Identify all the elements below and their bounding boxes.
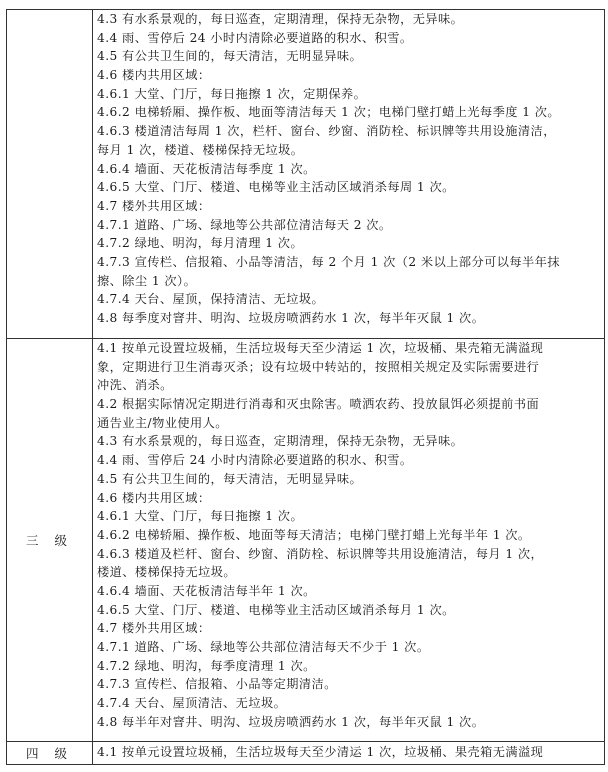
requirement-line: 4.6.4 墙面、天花板清洁每季度 1 次。 <box>97 160 604 179</box>
requirement-line: 4.1 按单元设置垃圾桶，生活垃圾每天至少清运 1 次，垃圾桶、果壳箱无满溢现 <box>97 339 604 358</box>
requirements-cell: 4.3 有水系景观的，每日巡查，定期清理，保持无杂物，无异味。 4.4 雨、雪停… <box>93 10 604 338</box>
requirement-line: 擦、除尘 1 次）。 <box>97 272 604 291</box>
table-row-level-4: 四 级 4.1 按单元设置垃圾桶，生活垃圾每天至少清运 1 次，垃圾桶、果壳箱无… <box>7 742 604 765</box>
requirements-cell: 4.1 按单元设置垃圾桶，生活垃圾每天至少清运 1 次，垃圾桶、果壳箱无满溢现 <box>93 742 604 764</box>
requirement-line: 4.7.1 道路、广场、绿地等公共部位清洁每天 2 次。 <box>97 216 604 235</box>
requirement-line: 4.6.1 大堂、门厅，每日拖擦 1 次，定期保养。 <box>97 85 604 104</box>
requirement-line: 4.7.3 宣传栏、信报箱、小品等清洁，每 2 个月 1 次（2 米以上部分可以… <box>97 253 604 272</box>
requirement-line: 4.7.2 绿地、明沟，每月清理 1 次。 <box>97 234 604 253</box>
requirement-line: 4.3 有水系景观的，每日巡查，定期清理，保持无杂物，无异味。 <box>97 432 604 451</box>
cleaning-standards-table: 4.3 有水系景观的，每日巡查，定期清理，保持无杂物，无异味。 4.4 雨、雪停… <box>6 9 605 765</box>
requirement-line: 4.6.2 电梯轿厢、操作板、地面等每天清洁；电梯门壁打蜡上光每半年 1 次。 <box>97 526 604 545</box>
requirement-line: 4.8 每半年对窨井、明沟、垃圾房喷洒药水 1 次，每半年灭鼠 1 次。 <box>97 713 604 732</box>
requirement-line: 4.6 楼内共用区域： <box>97 489 604 508</box>
requirement-line: 4.7 楼外共用区域： <box>97 619 604 638</box>
requirement-line: 4.6.3 楼道及栏杆、窗台、纱窗、消防栓、标识牌等共用设施清洁，每月 1 次， <box>97 545 604 564</box>
requirement-line: 4.6.2 电梯轿厢、操作板、地面等清洁每天 1 次；电梯门壁打蜡上光每季度 1… <box>97 103 604 122</box>
requirement-line: 4.7 楼外共用区域： <box>97 197 604 216</box>
requirement-line: 4.7.1 道路、广场、绿地等公共部位清洁每天不少于 1 次。 <box>97 638 604 657</box>
requirement-line: 4.2 根据实际情况定期进行消毒和灭虫除害。喷洒农药、投放鼠饵必须提前书面 <box>97 395 604 414</box>
requirement-line: 每月 1 次，楼道、楼梯保持无垃圾。 <box>97 141 604 160</box>
requirement-line: 4.6.1 大堂、门厅，每日拖擦 1 次。 <box>97 507 604 526</box>
table-row-level-3: 三 级 4.1 按单元设置垃圾桶，生活垃圾每天至少清运 1 次，垃圾桶、果壳箱无… <box>7 339 604 742</box>
requirement-line: 4.6.4 墙面、天花板清洁每半年 1 次。 <box>97 582 604 601</box>
requirement-line: 4.7.3 宣传栏、信报箱、小品等定期清洁。 <box>97 675 604 694</box>
requirement-line: 4.6.5 大堂、门厅、楼道、电梯等业主活动区域消杀每月 1 次。 <box>97 601 604 620</box>
level-cell: 四 级 <box>7 742 93 764</box>
requirement-line: 4.5 有公共卫生间的，每天清洁，无明显异味。 <box>97 47 604 66</box>
requirement-line: 4.5 有公共卫生间的，每天清洁，无明显异味。 <box>97 470 604 489</box>
requirement-line: 楼道、楼梯保持无垃圾。 <box>97 563 604 582</box>
requirement-line: 冲洗、消杀。 <box>97 376 604 395</box>
requirement-line: 4.1 按单元设置垃圾桶，生活垃圾每天至少清运 1 次，垃圾桶、果壳箱无满溢现 <box>97 742 604 763</box>
requirement-line: 4.7.4 天台、屋顶清洁、无垃圾。 <box>97 694 604 713</box>
requirement-line: 4.4 雨、雪停后 24 小时内清除必要道路的积水、积雪。 <box>97 451 604 470</box>
level-cell <box>7 10 93 338</box>
requirement-line: 象，定期进行卫生消毒灭杀；设有垃圾中转站的，按照相关规定及实际需要进行 <box>97 358 604 377</box>
requirement-line: 4.6.3 楼道清洁每周 1 次，栏杆、窗台、纱窗、消防栓、标识牌等共用设施清洁… <box>97 122 604 141</box>
level-cell: 三 级 <box>7 339 93 741</box>
requirement-line: 4.6.5 大堂、门厅、楼道、电梯等业主活动区域消杀每周 1 次。 <box>97 178 604 197</box>
requirements-cell: 4.1 按单元设置垃圾桶，生活垃圾每天至少清运 1 次，垃圾桶、果壳箱无满溢现 … <box>93 339 604 741</box>
requirement-line: 4.7.2 绿地、明沟，每季度清理 1 次。 <box>97 657 604 676</box>
table-row-level-2-continued: 4.3 有水系景观的，每日巡查，定期清理，保持无杂物，无异味。 4.4 雨、雪停… <box>7 10 604 339</box>
requirement-line: 4.8 每季度对窨井、明沟、垃圾房喷洒药水 1 次，每半年灭鼠 1 次。 <box>97 309 604 328</box>
requirement-line: 通告业主/物业使用人。 <box>97 414 604 433</box>
requirement-line: 4.4 雨、雪停后 24 小时内清除必要道路的积水、积雪。 <box>97 29 604 48</box>
requirement-line: 4.7.4 天台、屋顶，保持清洁、无垃圾。 <box>97 290 604 309</box>
requirement-line: 4.6 楼内共用区域： <box>97 66 604 85</box>
requirement-line: 4.3 有水系景观的，每日巡查，定期清理，保持无杂物，无异味。 <box>97 10 604 29</box>
